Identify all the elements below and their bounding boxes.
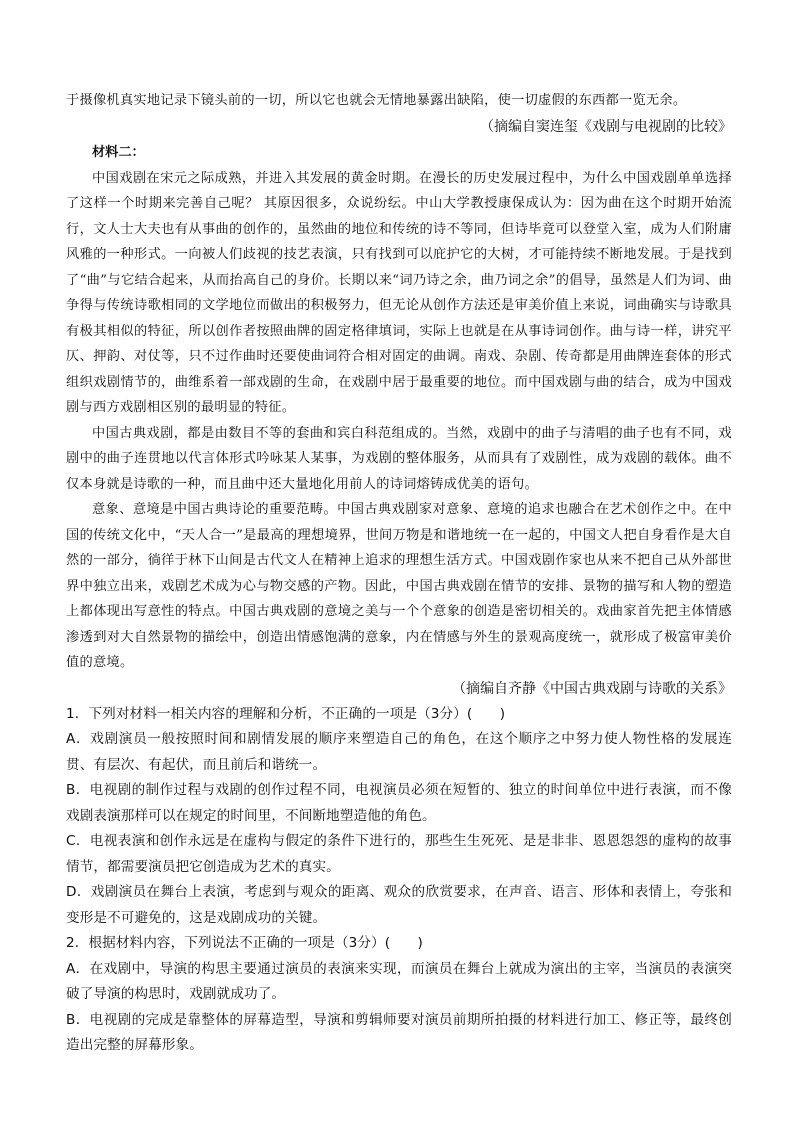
question-2: 2．根据材料内容，下列说法不正确的一项是（3分）( ) A．在戏剧中，导演的构思…	[66, 931, 732, 1059]
option-c: C．电视表演和创作永远是在虚构与假定的条件下进行的，那些生生死死、是是非非、恩恩…	[66, 829, 732, 880]
option-a: A．戏剧演员一般按照时间和剧情发展的顺序来塑造自己的角色，在这个顺序之中努力使人…	[66, 727, 732, 778]
question-stem: 1．下列对材料一相关内容的理解和分析，不正确的一项是（3分）( )	[66, 702, 732, 728]
option-d: D．戏剧演员在舞台上表演，考虑到与观众的距离、观众的欣赏要求，在声音、语言、形体…	[66, 880, 732, 931]
question-stem: 2．根据材料内容，下列说法不正确的一项是（3分）( )	[66, 931, 732, 957]
material2-paragraph: 意象、意境是中国古典诗论的重要范畴。中国古典戏剧家对意象、意境的追求也融合在艺术…	[66, 497, 732, 676]
option-a: A．在戏剧中，导演的构思主要通过演员的表演来实现，而演员在舞台上就成为演出的主宰…	[66, 957, 732, 1008]
material1-tail-text: 于摄像机真实地记录下镜头前的一切，所以它也就会无情地暴露出缺陷，使一切虚假的东西…	[66, 88, 732, 114]
question-1: 1．下列对材料一相关内容的理解和分析，不正确的一项是（3分）( ) A．戏剧演员…	[66, 702, 732, 932]
material2-paragraph: 中国戏剧在宋元之际成熟，并进入其发展的黄金时期。在漫长的历史发展过程中，为什么中…	[66, 166, 732, 421]
material2-source: （摘编自齐静《中国古典戏剧与诗歌的关系》	[66, 676, 732, 702]
document-page: 于摄像机真实地记录下镜头前的一切，所以它也就会无情地暴露出缺陷，使一切虚假的东西…	[66, 88, 732, 1059]
material2-heading: 材料二：	[66, 140, 732, 166]
option-b: B．电视剧的制作过程与戏剧的创作过程不同，电视演员必须在短暂的、独立的时间单位中…	[66, 778, 732, 829]
option-b: B．电视剧的完成是靠整体的屏幕造型，导演和剪辑师要对演员前期所拍摄的材料进行加工…	[66, 1008, 732, 1059]
material2-paragraph: 中国古典戏剧，都是由数目不等的套曲和宾白科范组成的。当然，戏剧中的曲子与清唱的曲…	[66, 421, 732, 498]
material1-source: （摘编自窦连玺《戏剧与电视剧的比较》	[66, 114, 732, 140]
